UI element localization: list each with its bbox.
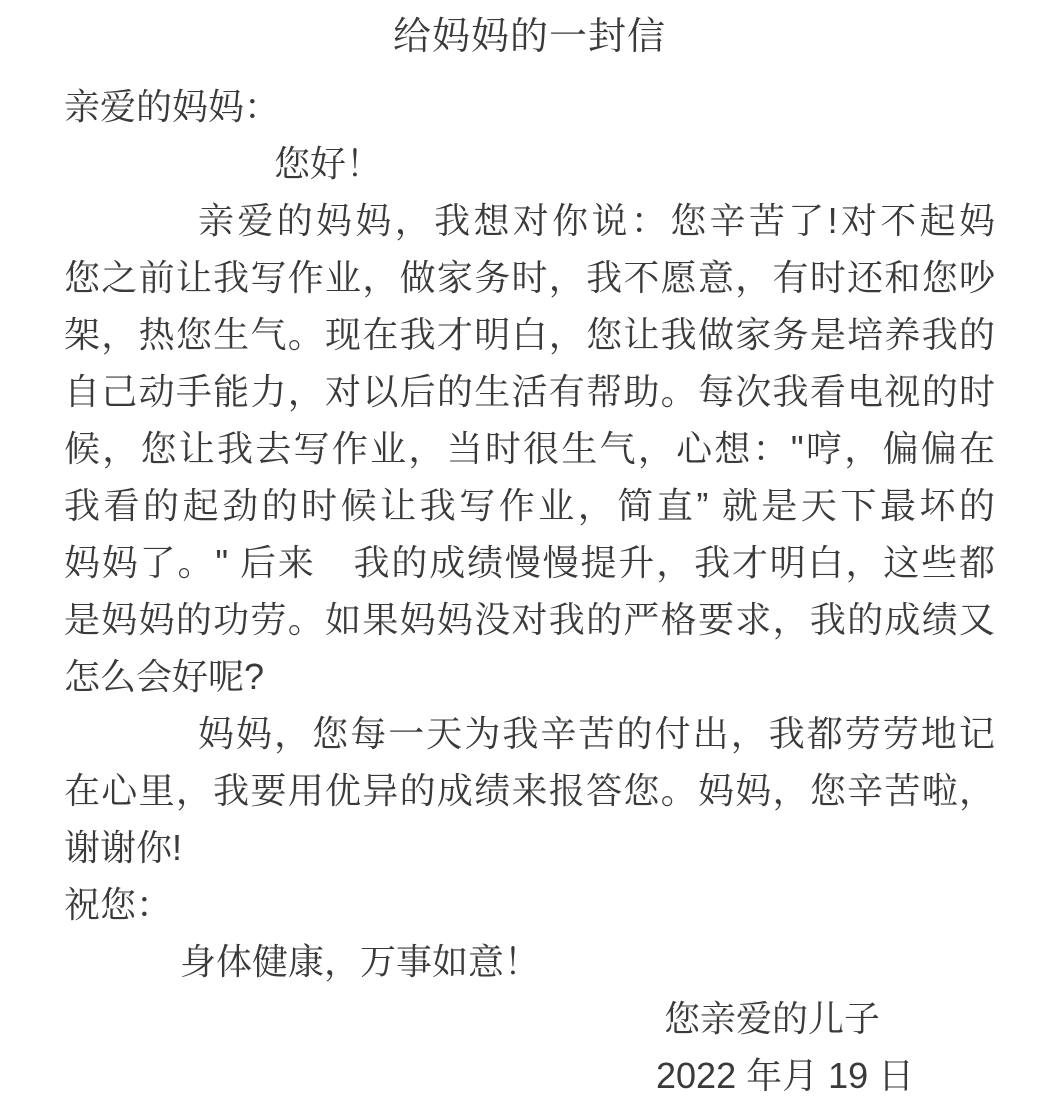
letter-paragraph-1: 亲爱的妈妈，我想对你说：您辛苦了!对不起妈妈，您之前让我写作业，做家务时，我不愿… (64, 192, 995, 705)
letter-date: 2022 年月 19 日 (64, 1047, 995, 1097)
letter-signature: 您亲爱的儿子 (64, 990, 995, 1047)
paragraph-line: 您之前让我写作业，做家务时，我不愿意，有时还和您吵 (64, 249, 995, 306)
paragraph-line: 亲爱的妈妈，我想对你说：您辛苦了!对不起妈妈， (64, 192, 995, 249)
paragraph-line: 怎么会好呢? (64, 648, 995, 705)
paragraph-line: 妈妈，您每一天为我辛苦的付出，我都劳劳地记 (64, 705, 995, 762)
letter-title: 给妈妈的一封信 (64, 8, 995, 78)
letter-greeting: 您好！ (64, 135, 995, 192)
paragraph-line: 我看的起劲的时候让我写作业，简直” 就是天下最坏的 (64, 477, 995, 534)
paragraph-line: 架，热您生气。现在我才明白，您让我做家务是培养我的 (64, 306, 995, 363)
paragraph-line: 是妈妈的功劳。如果妈妈没对我的严格要求，我的成绩又 (64, 591, 995, 648)
paragraph-line: 候，您让我去写作业，当时很生气，心想："哼，偏偏在 (64, 420, 995, 477)
paragraph-line: 谢谢你! (64, 819, 995, 876)
letter-salutation: 亲爱的妈妈： (64, 78, 995, 135)
letter-paragraph-2: 妈妈，您每一天为我辛苦的付出，我都劳劳地记在心里，我要用优异的成绩来报答您。妈妈… (64, 705, 995, 876)
paragraph-line: 在心里，我要用优异的成绩来报答您。妈妈，您辛苦啦， (64, 762, 995, 819)
letter-wish-label: 祝您： (64, 876, 995, 933)
paragraph-line: 妈妈了。" 后来 我的成绩慢慢提升，我才明白，这些都 (64, 534, 995, 591)
letter-page: 给妈妈的一封信 亲爱的妈妈： 您好！ 亲爱的妈妈，我想对你说：您辛苦了!对不起妈… (0, 0, 1058, 1097)
letter-wish-text: 身体健康，万事如意！ (64, 933, 995, 990)
paragraph-line: 自己动手能力，对以后的生活有帮助。每次我看电视的时 (64, 363, 995, 420)
